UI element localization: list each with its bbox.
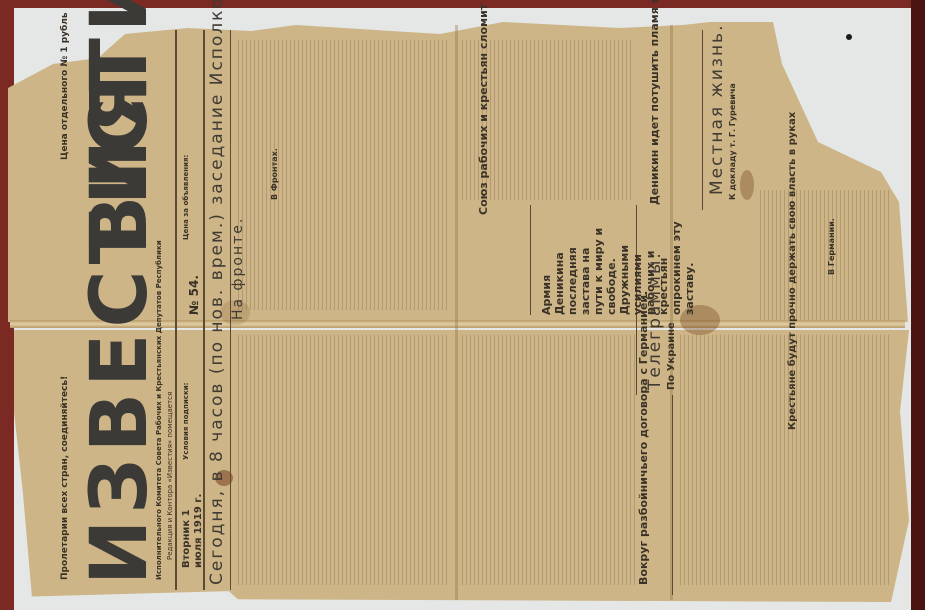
price: Цена отдельного № 1 рубль (60, 12, 70, 160)
local-life-headline: Местная жизнь. (707, 24, 727, 195)
issue-number: № 54. (187, 275, 201, 315)
slogan: Пролетарии всех стран, соединяйтесь! (60, 376, 70, 580)
banner-headline: Сегодня, в 8 часов (по нов. врем.) засед… (207, 0, 227, 585)
front-headline: На фронте. (230, 217, 246, 320)
masthead-visti: ВІСТИ (75, 0, 165, 255)
column-rule (672, 395, 673, 595)
issue-date: июля 1919 г. (193, 494, 204, 568)
subscription-conditions: Условия подписки: (182, 383, 190, 460)
column-rule (530, 205, 531, 315)
article-headline: В Фронтах. (270, 148, 279, 200)
telegrams-subheadline: По Украине (666, 322, 677, 390)
ad-prices: Цена за объявления: (182, 155, 190, 240)
article-headline: Армия Деникина последняя застава на пути… (540, 215, 696, 315)
editorial-line: Редакция и Контора «Известия» помещается (166, 392, 174, 560)
picture-frame-right (911, 0, 925, 610)
article-headline: Вокруг разбойничьего договора с Германие… (637, 291, 650, 585)
article-text (238, 335, 448, 585)
article-headline: Союз рабочих и крестьян сломит свою бурж… (477, 0, 490, 215)
article-text (462, 335, 637, 585)
article-headline: Деникин идет потушить пламя восстаний пр… (648, 0, 661, 205)
publisher-line: Исполнительного Комитета Совета Рабочих … (155, 240, 163, 580)
vertical-fold (455, 25, 458, 600)
article-text (760, 190, 890, 320)
article-headline: В Германии. (827, 218, 836, 275)
column-rule (175, 30, 177, 590)
issue-day: Вторник 1 (181, 509, 192, 568)
column-rule (702, 30, 703, 210)
article-headline: Крестьяне будут прочно держать свою влас… (787, 112, 798, 430)
pin-hole (846, 34, 852, 40)
article-text (680, 335, 890, 585)
local-life-subheadline: К докладу т. Г. Гуревича (728, 83, 737, 200)
stain (740, 170, 754, 200)
